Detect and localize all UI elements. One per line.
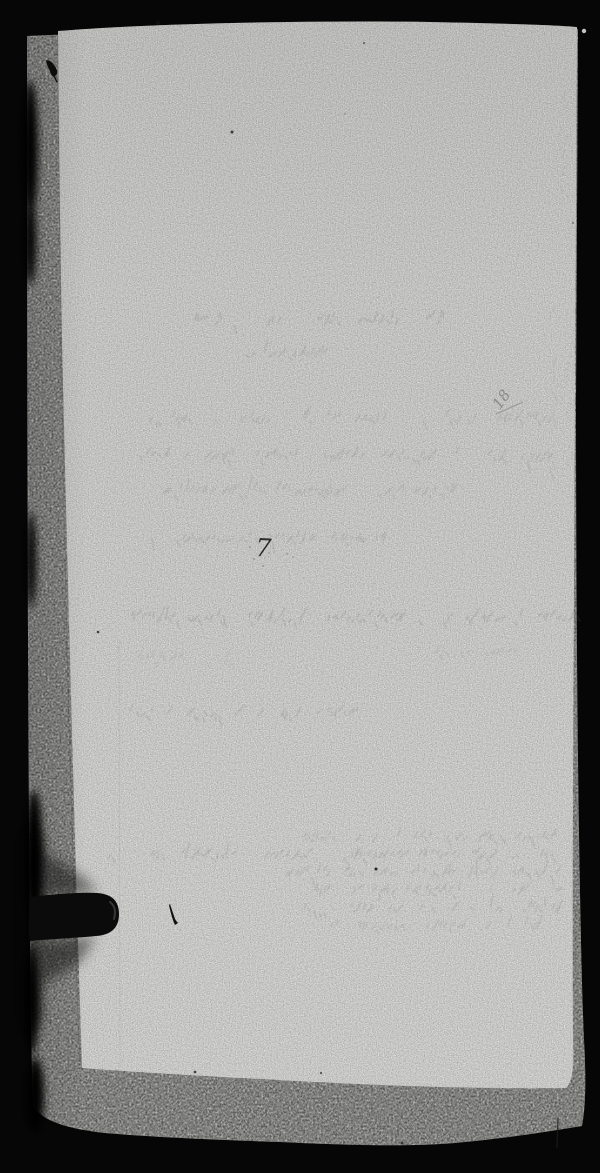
scanned-document-frame: 18 7 — [0, 0, 600, 1173]
stray-seven-mark: 7 — [255, 533, 272, 563]
page — [27, 21, 577, 1148]
page-clamp — [30, 893, 119, 941]
scan-image: 18 7 — [0, 0, 600, 1173]
